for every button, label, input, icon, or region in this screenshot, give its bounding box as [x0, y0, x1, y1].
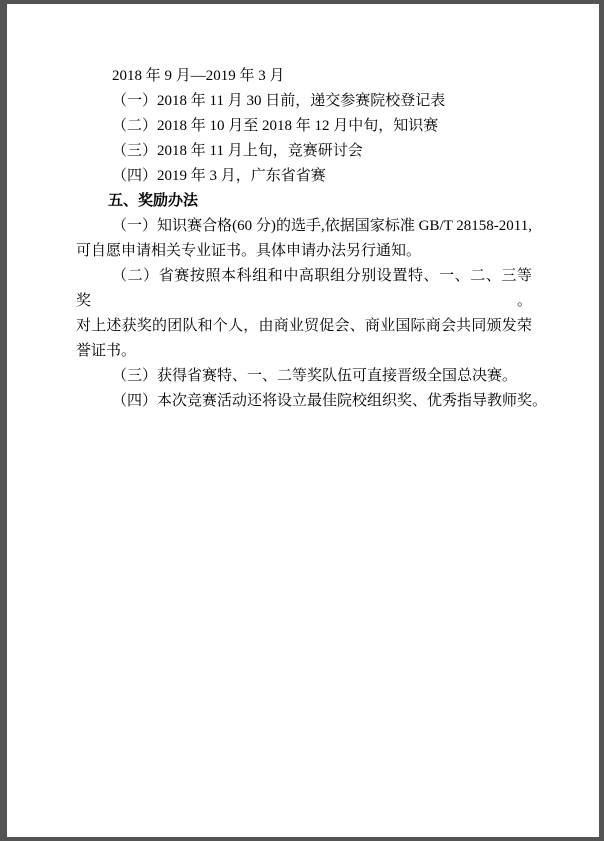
schedule-line-2: （二）2018 年 10 月至 2018 年 12 月中旬，知识赛 — [76, 114, 532, 139]
schedule-line-1: （一）2018 年 11 月 30 日前，递交参赛院校登记表 — [76, 89, 532, 114]
paragraph-1-line-1: （一）知识赛合格(60 分)的选手,依据国家标准 GB/T 28158-2011… — [76, 214, 532, 239]
schedule-line-overall: 2018 年 9 月—2019 年 3 月 — [76, 64, 532, 89]
schedule-line-3: （三）2018 年 11 月上旬，竞赛研讨会 — [76, 139, 532, 164]
paragraph-1-line-2: 可自愿申请相关专业证书。具体申请办法另行通知。 — [76, 239, 532, 264]
paragraph-4-line-1: （四）本次竞赛活动还将设立最佳院校组织奖、优秀指导教师奖。 — [76, 389, 532, 414]
schedule-line-4: （四）2019 年 3 月，广东省省赛 — [76, 164, 532, 189]
section-heading: 五、奖励办法 — [76, 189, 532, 214]
document-page: 2018 年 9 月—2019 年 3 月 （一）2018 年 11 月 30 … — [0, 0, 604, 841]
document-content: 2018 年 9 月—2019 年 3 月 （一）2018 年 11 月 30 … — [7, 4, 599, 414]
paragraph-3-line-1: （三）获得省赛特、一、二等奖队伍可直接晋级全国总决赛。 — [76, 364, 532, 389]
paragraph-2-line-2: 对上述获奖的团队和个人，由商业贸促会、商业国际商会共同颁发荣 — [76, 314, 532, 339]
paragraph-2-line-1: （二）省赛按照本科组和中高职组分别设置特、一、二、三等奖。 — [76, 264, 532, 314]
paragraph-2-line-3: 誉证书。 — [76, 339, 532, 364]
